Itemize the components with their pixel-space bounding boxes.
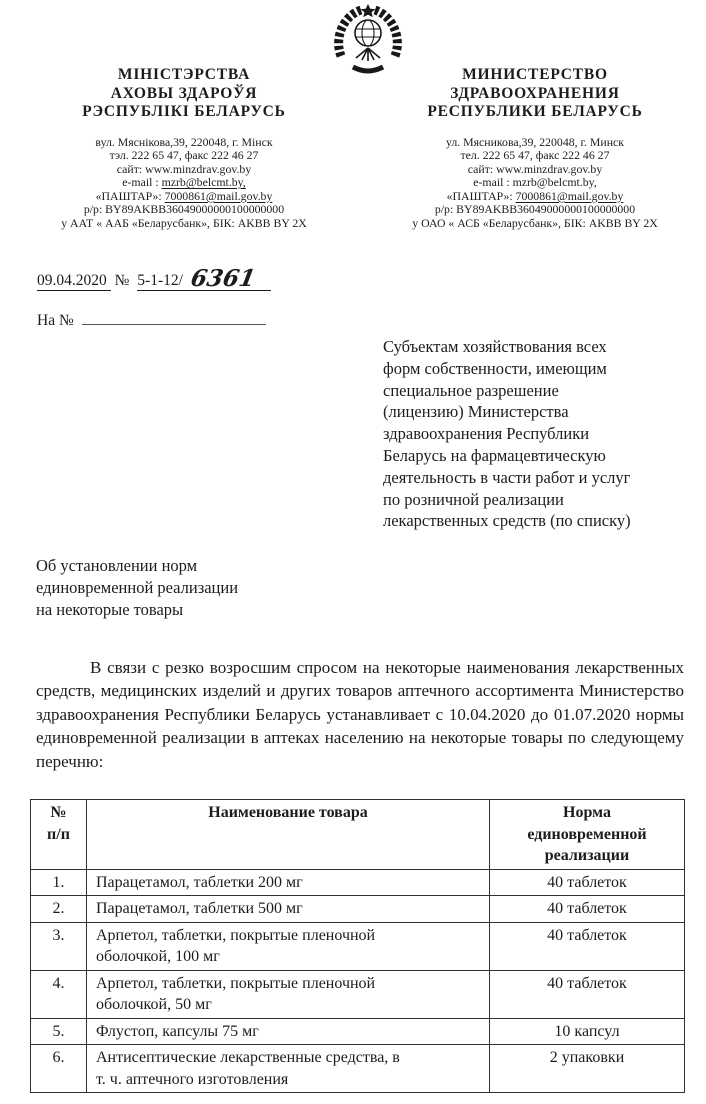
phone-line: тел. 222 65 47, факс 222 46 27 (382, 149, 688, 163)
col-header-number: № п/п (31, 800, 87, 870)
email-label: e-mail : (122, 175, 161, 189)
ministry-contacts-ru: ул. Мясникова,39, 220048, г. Минск тел. … (382, 136, 688, 231)
header-belarusian: МІНІСТЭРСТВА АХОВЫ ЗДАРОЎЯ РЭСПУБЛІКІ БЕ… (34, 66, 334, 230)
number-sign: № (115, 272, 130, 289)
product-name-cell: Парацетамол, таблетки 500 мг (87, 896, 490, 923)
site-line: сайт: www.minzdrav.gov.by (382, 163, 688, 177)
outgoing-number-line: 09.04.2020 № 5-1-12/6361 (37, 271, 271, 291)
phone-line: тэл. 222 65 47, факс 222 46 27 (34, 149, 334, 163)
email-address: mzrb@belcmt.by, (162, 175, 246, 189)
col-header-product: Наименование товара (87, 800, 490, 870)
ministry-contacts-by: вул. Мяснікова,39, 220048, г. Мінск тэл.… (34, 136, 334, 231)
product-name-cell: Арпетол, таблетки, покрытые пленочной об… (87, 970, 490, 1018)
norm-value-cell: 40 таблеток (490, 922, 685, 970)
reply-number-blank (82, 309, 266, 325)
ministry-title-by: МІНІСТЭРСТВА АХОВЫ ЗДАРОЎЯ РЭСПУБЛІКІ БЕ… (34, 66, 334, 122)
product-name-cell: Парацетамол, таблетки 200 мг (87, 869, 490, 896)
product-name-cell: Флустоп, капсулы 75 мг (87, 1018, 490, 1045)
address-line: ул. Мясникова,39, 220048, г. Минск (382, 136, 688, 150)
reference-block: 09.04.2020 № 5-1-12/6361 На № (37, 271, 271, 330)
norm-value-cell: 2 упаковки (490, 1045, 685, 1093)
col-header-norm: Норма единовременной реализации (490, 800, 685, 870)
reply-to-label: На № (37, 312, 74, 329)
pashtar-label: «ПАШТАР»: (447, 189, 516, 203)
table-row: 2.Парацетамол, таблетки 500 мг40 таблето… (31, 896, 685, 923)
row-number-cell: 6. (31, 1045, 87, 1093)
document-number: 5-1-12/6361 (137, 271, 271, 291)
row-number-cell: 5. (31, 1018, 87, 1045)
norms-table: № п/п Наименование товара Норма единовре… (30, 799, 685, 1093)
norms-table-body: 1.Парацетамол, таблетки 200 мг40 таблето… (31, 869, 685, 1093)
reply-to-line: На № (37, 309, 271, 330)
norm-value-cell: 40 таблеток (490, 896, 685, 923)
pashtar-line: «ПАШТАР»: 7000861@mail.gov.by (34, 190, 334, 204)
document-date: 09.04.2020 (37, 272, 111, 291)
table-row: 3.Арпетол, таблетки, покрытые пленочной … (31, 922, 685, 970)
table-header-row: № п/п Наименование товара Норма единовре… (31, 800, 685, 870)
addressee-block: Субъектам хозяйствования всех форм собст… (383, 336, 693, 532)
email-line: e-mail : mzrb@belcmt.by, (382, 176, 688, 190)
pashtar-address: 7000861@mail.gov.by (516, 189, 624, 203)
handwritten-number: 6361 (190, 272, 256, 286)
table-row: 6.Антисептические лекарственные средства… (31, 1045, 685, 1093)
norm-value-cell: 40 таблеток (490, 869, 685, 896)
body-paragraph: В связи с резко возросшим спросом на нек… (36, 656, 684, 773)
ministry-title-ru: МИНИСТЕРСТВО ЗДРАВООХРАНЕНИЯ РЕСПУБЛИКИ … (382, 66, 688, 122)
norms-table-wrap: № п/п Наименование товара Норма единовре… (30, 799, 685, 1093)
scanned-letter-page: МІНІСТЭРСТВА АХОВЫ ЗДАРОЎЯ РЭСПУБЛІКІ БЕ… (0, 0, 706, 1104)
table-row: 5.Флустоп, капсулы 75 мг10 капсул (31, 1018, 685, 1045)
row-number-cell: 3. (31, 922, 87, 970)
product-name-cell: Антисептические лекарственные средства, … (87, 1045, 490, 1093)
row-number-cell: 4. (31, 970, 87, 1018)
bank-line: у ОАО « АСБ «Беларусбанк», БІК: AKBB BY … (382, 217, 688, 231)
product-name-cell: Арпетол, таблетки, покрытые пленочной об… (87, 922, 490, 970)
address-line: вул. Мяснікова,39, 220048, г. Мінск (34, 136, 334, 150)
pashtar-line: «ПАШТАР»: 7000861@mail.gov.by (382, 190, 688, 204)
bank-line: у ААТ « ААБ «Беларусбанк», БІК: AKBB BY … (34, 217, 334, 231)
pashtar-label: «ПАШТАР»: (96, 189, 165, 203)
account-line: р/р: BY89AKBB36049000000100000000 (34, 203, 334, 217)
table-row: 4.Арпетол, таблетки, покрытые пленочной … (31, 970, 685, 1018)
header-russian: МИНИСТЕРСТВО ЗДРАВООХРАНЕНИЯ РЕСПУБЛИКИ … (382, 66, 688, 230)
account-line: р/р: BY89AKBB36049000000100000000 (382, 203, 688, 217)
row-number-cell: 1. (31, 869, 87, 896)
table-row: 1.Парацетамол, таблетки 200 мг40 таблето… (31, 869, 685, 896)
norm-value-cell: 40 таблеток (490, 970, 685, 1018)
number-prefix: 5-1-12/ (137, 272, 183, 289)
norm-value-cell: 10 капсул (490, 1018, 685, 1045)
site-line: сайт: www.minzdrav.gov.by (34, 163, 334, 177)
pashtar-address: 7000861@mail.gov.by (165, 189, 273, 203)
email-line: e-mail : mzrb@belcmt.by, (34, 176, 334, 190)
subject-block: Об установлении норм единовременной реал… (36, 555, 336, 621)
row-number-cell: 2. (31, 896, 87, 923)
